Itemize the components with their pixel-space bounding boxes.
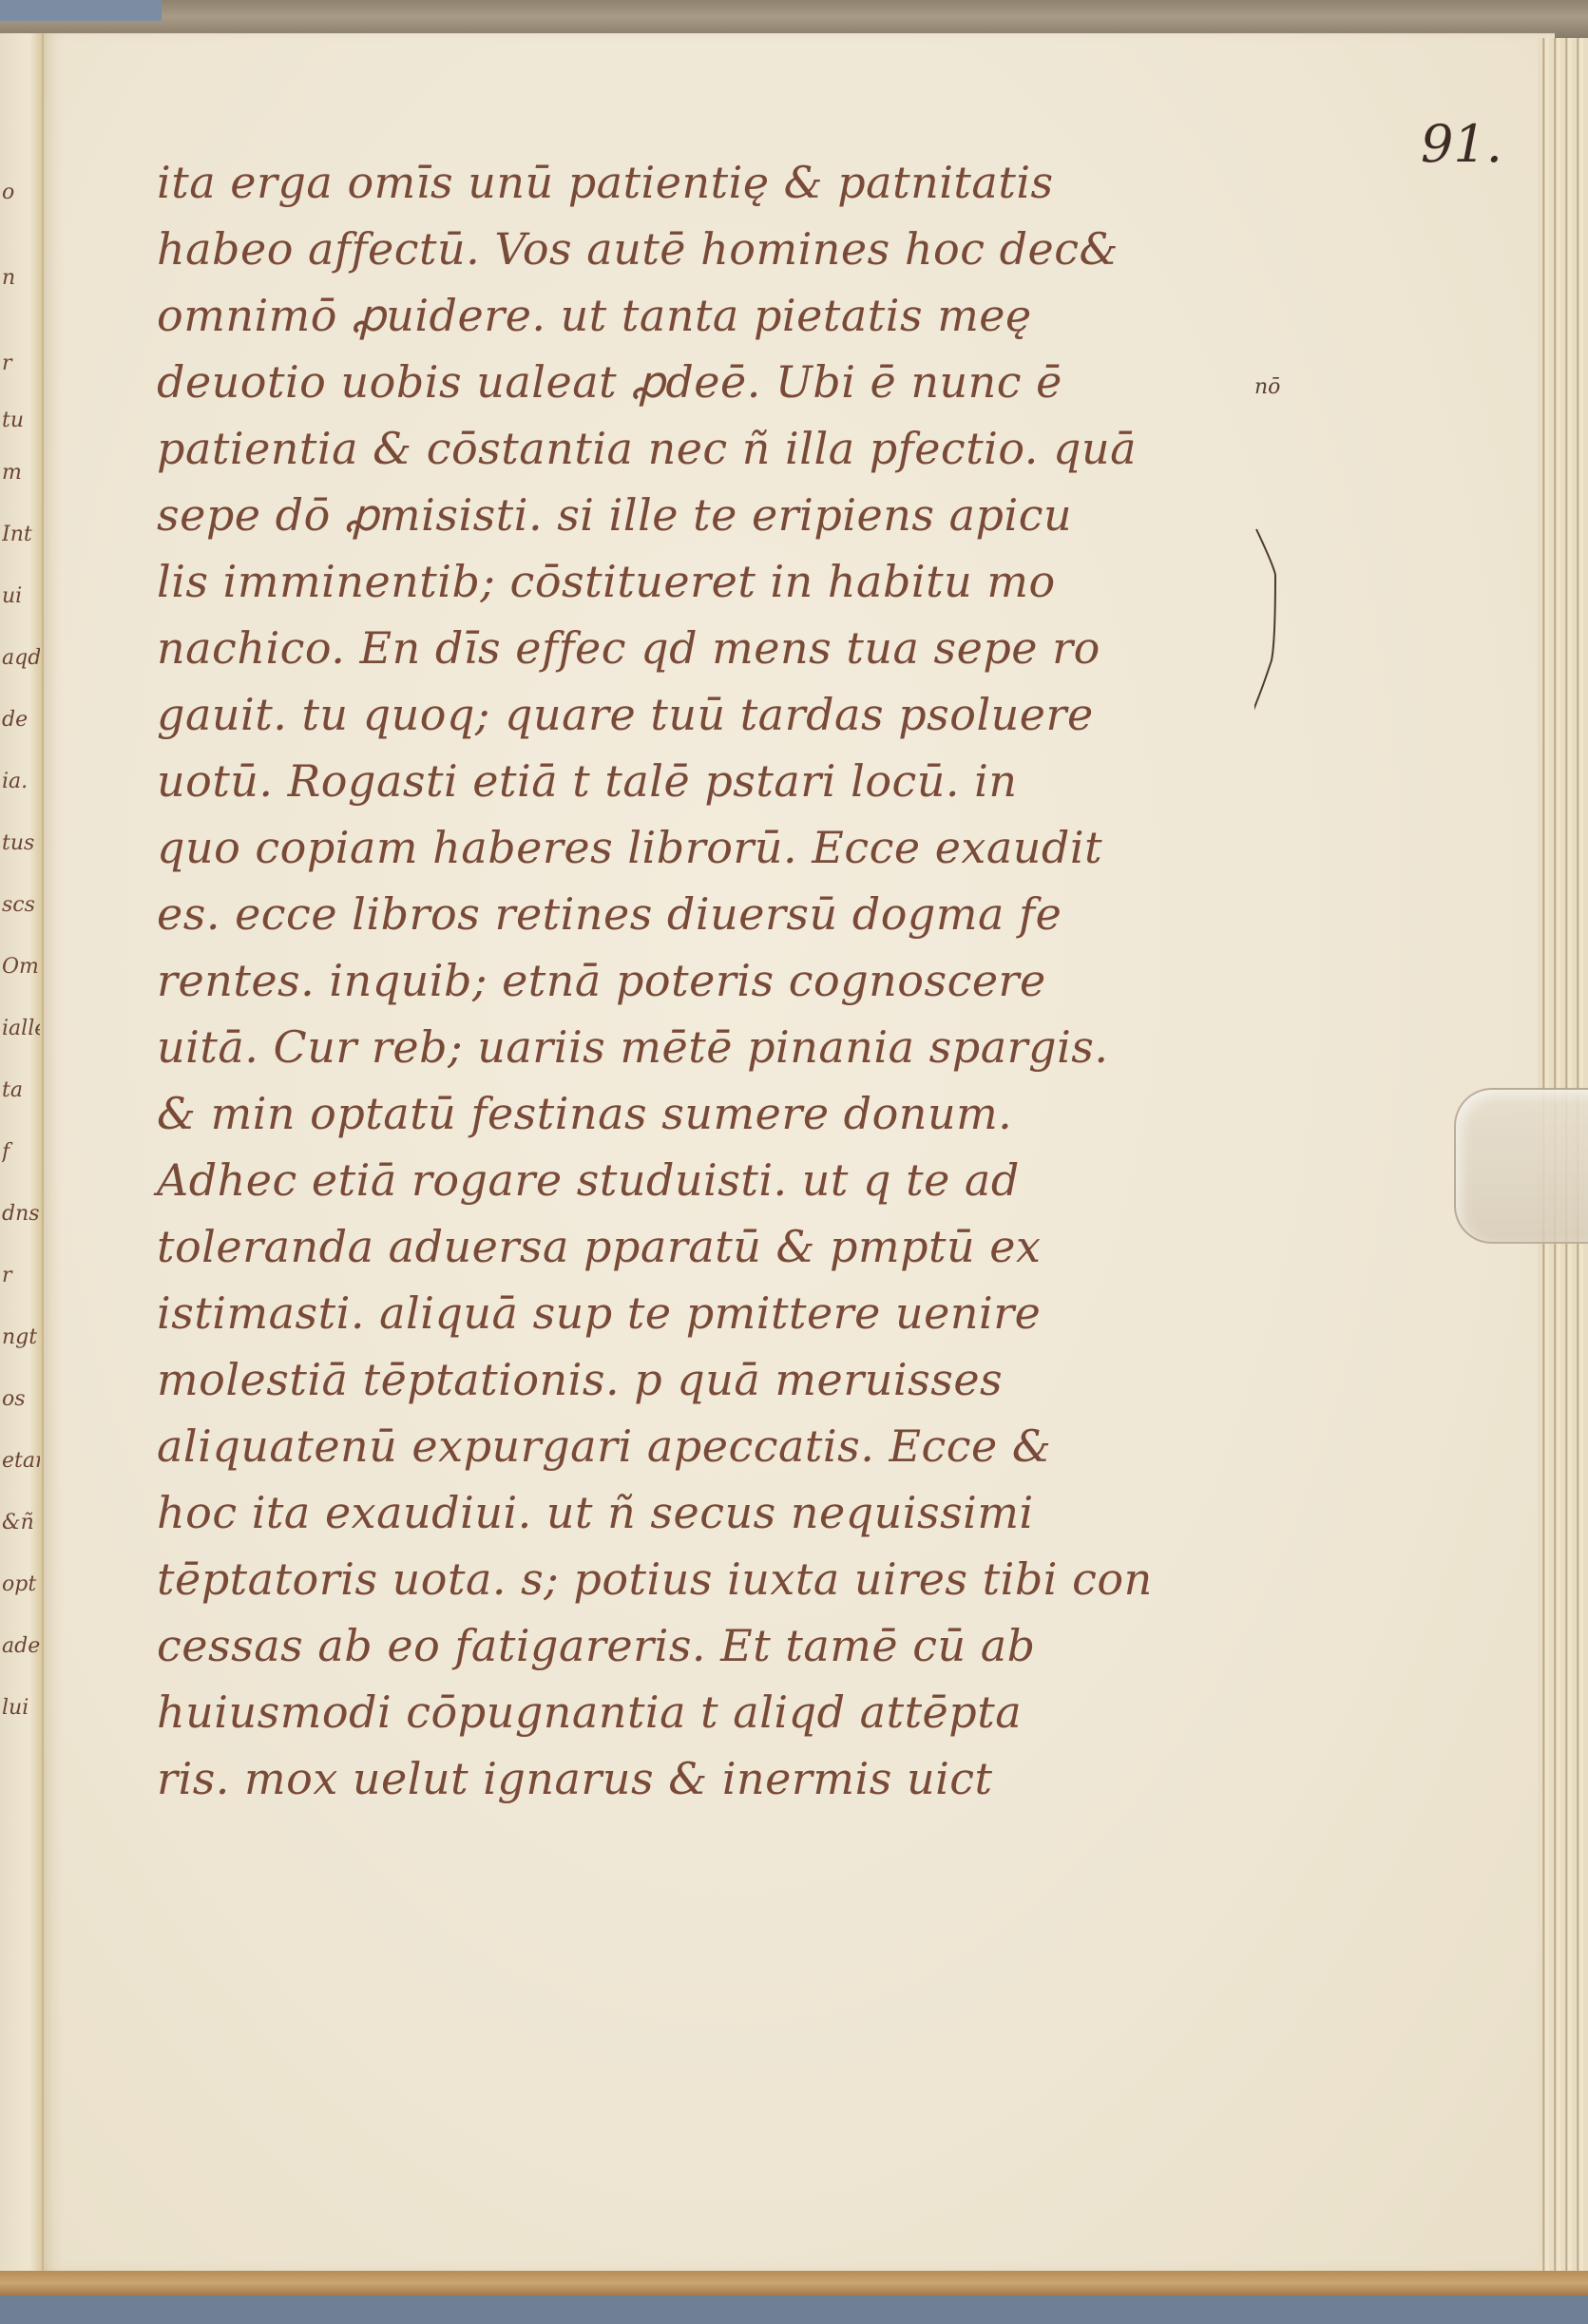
text-line: gauit. tu quoq; quare tuū tardas psoluer… — [157, 689, 1094, 740]
text-line: aliquatenū expurgari apeccatis. Ecce & — [157, 1420, 1051, 1472]
text-line: huiusmodi cōpugnantia t aliqd attēpta — [157, 1686, 1022, 1738]
facing-fragment: opt — [2, 1572, 40, 1596]
facing-page-edge: o n r tu m Int ui aqd de ia. tus scs Om … — [0, 33, 44, 2271]
text-line: & min optatū festinas sumere donum. — [157, 1088, 1012, 1139]
book-clasp — [1454, 1088, 1588, 1244]
text-line: sepe dō ꝓmisisti. si ille te eripiens ap… — [157, 489, 1072, 541]
text-line: molestiā tēptationis. p quā meruisses — [157, 1354, 1003, 1405]
text-line: ita erga omīs unū patientię & patnitatis — [157, 157, 1054, 208]
book-binding-bottom — [0, 2271, 1588, 2295]
facing-fragment: lui — [2, 1696, 40, 1720]
text-line: toleranda aduersa pparatū & pmptū ex — [157, 1221, 1041, 1272]
facing-fragment: r — [2, 1264, 40, 1287]
facing-fragment: r — [2, 352, 40, 375]
text-line: habeo affectū. Vos autē homines hoc dec& — [157, 223, 1119, 275]
text-line: uotū. Rogasti etiā t talē pstari locū. i… — [157, 755, 1018, 807]
margin-bracket-icon — [1254, 527, 1311, 732]
facing-fragment: aqd — [2, 646, 40, 670]
facing-fragment: ialle — [2, 1017, 40, 1040]
text-line: uitā. Cur reb; uariis mētē pinania sparg… — [157, 1021, 1109, 1073]
facing-fragment: ia. — [2, 770, 40, 793]
text-line: tēptatoris uota. s; potius iuxta uires t… — [157, 1553, 1153, 1605]
background-surface — [0, 0, 162, 21]
facing-fragment: os — [2, 1387, 40, 1411]
text-line: lis imminentib; cōstitueret in habitu mo — [157, 556, 1056, 607]
text-line: Adhec etiā rogare studuisti. ut q te ad — [157, 1154, 1020, 1206]
facing-fragment: m — [2, 461, 40, 485]
facing-fragment: ade. — [2, 1634, 40, 1658]
facing-fragment: ta — [2, 1078, 40, 1102]
facing-fragment: Om — [2, 955, 40, 979]
facing-fragment: tus — [2, 831, 40, 855]
facing-fragment: n — [2, 266, 40, 290]
text-line: omnimō ꝓuidere. ut tanta pietatis meę — [157, 290, 1032, 341]
text-line: cessas ab eo fatigareris. Et tamē cū ab — [157, 1620, 1036, 1671]
facing-fragment: ngt — [2, 1325, 40, 1349]
text-line: es. ecce libros retines diuersū dogma fe — [157, 888, 1062, 940]
text-line: hoc ita exaudiui. ut ñ secus nequissimi — [157, 1487, 1034, 1538]
text-line: quo copiam haberes librorū. Ecce exaudit — [157, 822, 1102, 873]
facing-fragment: &ñ — [2, 1511, 40, 1534]
facing-fragment: etan — [2, 1449, 40, 1473]
facing-fragment: tu — [2, 409, 40, 432]
facing-fragment: scs — [2, 893, 40, 917]
text-line: patientia & cōstantia nec ñ illa pfectio… — [157, 423, 1137, 474]
text-line: rentes. inquib; etnā poteris cognoscere — [157, 955, 1046, 1006]
text-line: ris. mox uelut ignarus & inermis uict — [157, 1753, 993, 1804]
margin-annotation: nō — [1254, 375, 1280, 399]
text-line: deuotio uobis ualeat ꝓdeē. Ubi ē nunc ē — [157, 356, 1062, 408]
folio-number: 91. — [1421, 114, 1502, 174]
text-line: istimasti. aliquā sup te pmittere uenire — [157, 1287, 1041, 1339]
facing-fragment: ui — [2, 584, 40, 608]
facing-fragment: de — [2, 708, 40, 732]
facing-fragment: Int — [2, 523, 40, 546]
facing-fragment: f — [2, 1140, 40, 1164]
facing-fragment: o — [2, 181, 40, 204]
text-line: nachico. En dīs effec qd mens tua sepe r… — [157, 622, 1100, 674]
facing-fragment: dns. — [2, 1202, 40, 1226]
